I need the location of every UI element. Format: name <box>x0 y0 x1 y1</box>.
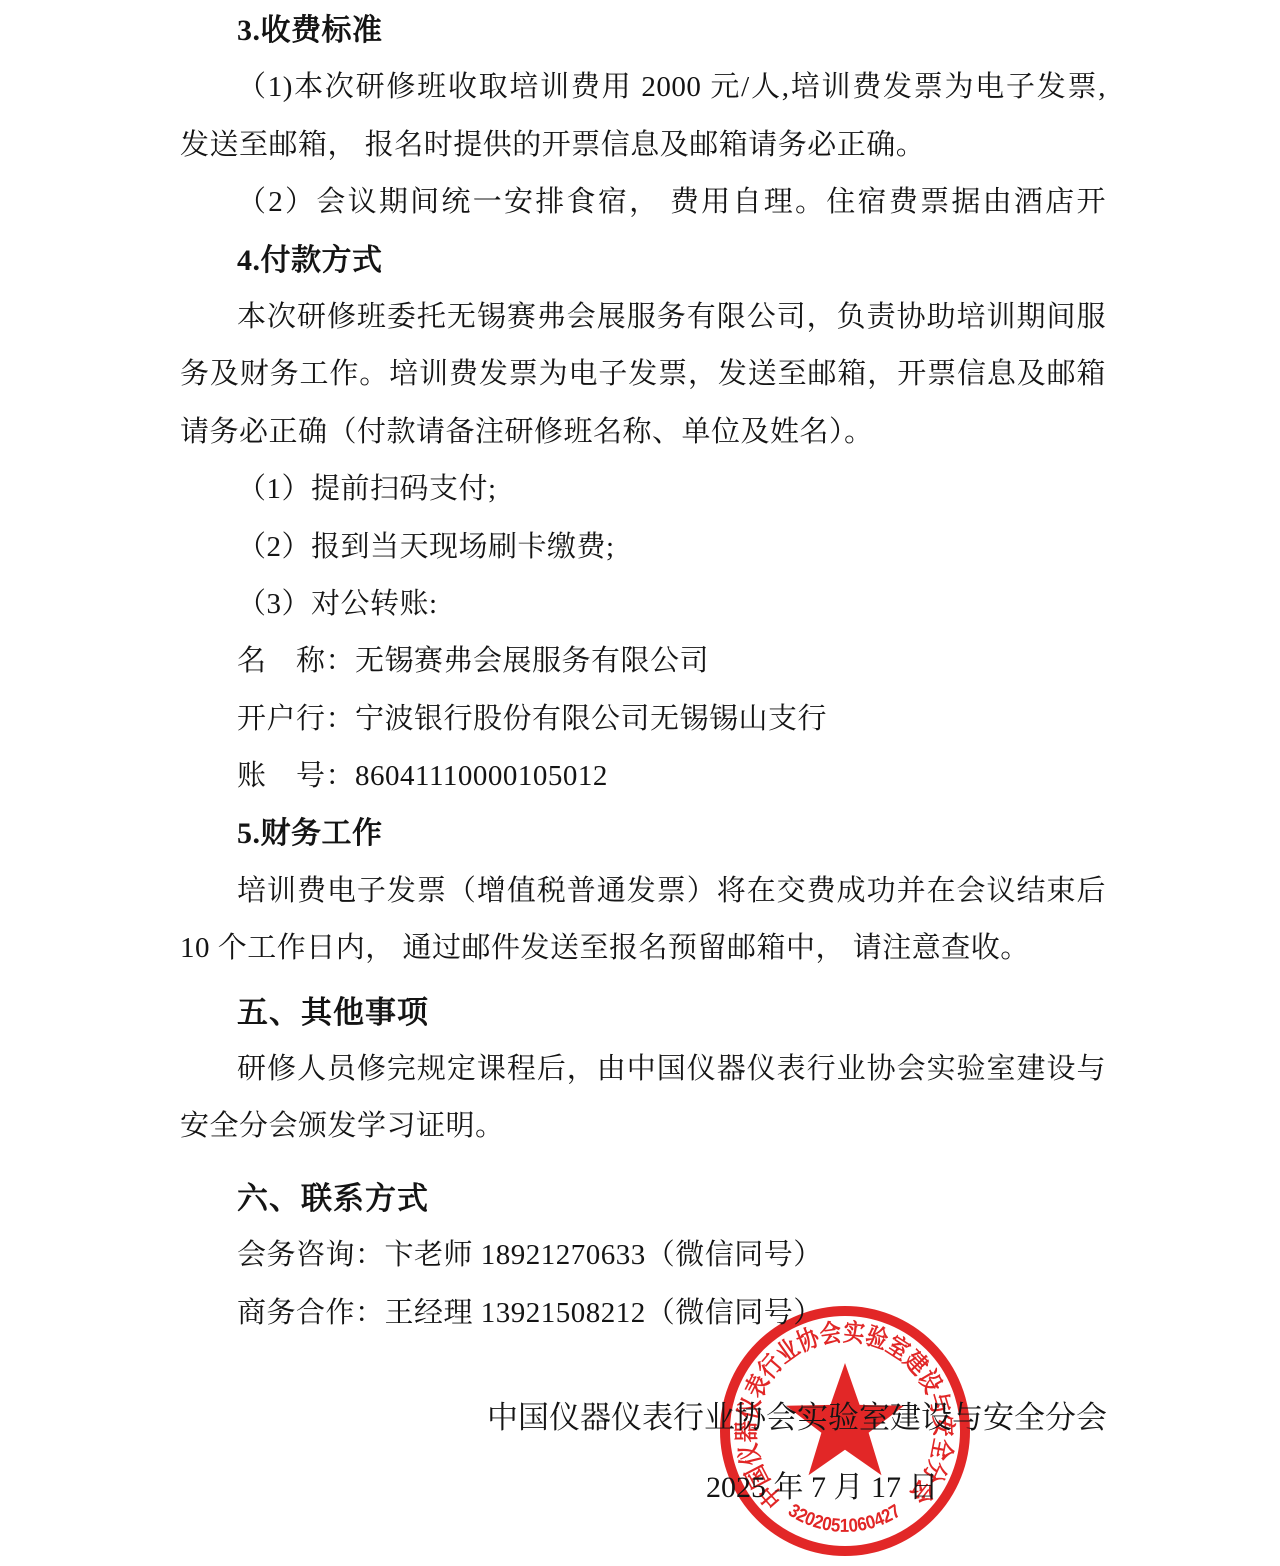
heading-contact: 六、联系方式 <box>180 1170 1106 1227</box>
bank-account-name-line: 名 称：无锡赛弗会展服务有限公司 <box>180 633 1106 690</box>
bank-account-name-value: 无锡赛弗会展服务有限公司 <box>355 645 709 677</box>
heading-finance-work: 5.财务工作 <box>180 805 1106 862</box>
heading-other-items: 五、其他事项 <box>180 984 1106 1041</box>
signature-organization: 中国仪器仪表行业协会实验室建设与安全分会 <box>487 1392 1167 1437</box>
document-body: 3.收费标准 （1)本次研修班收取培训费用 2000 元/人,培训费发票为电子发… <box>180 2 1106 1342</box>
payment-method-2: （2）报到当天现场刷卡缴费; <box>180 519 1106 576</box>
other-paragraph-line2: 安全分会颁发学习证明。 <box>180 1098 1106 1155</box>
fee-paragraph1-line2: 发送至邮箱， 报名时提供的开票信息及邮箱请务必正确。 <box>180 117 1106 174</box>
payment-method-1: （1）提前扫码支付; <box>180 461 1106 518</box>
payment-paragraph1-line1: 本次研修班委托无锡赛弗会展服务有限公司，负责协助培训期间服 <box>180 289 1106 346</box>
contact-business-line: 商务合作：王经理 13921508212（微信同号） <box>180 1285 1106 1342</box>
payment-method-3: （3）对公转账: <box>180 576 1106 633</box>
contact-conference-label: 会务咨询： <box>237 1239 385 1271</box>
payment-paragraph1-line2: 务及财务工作。培训费发票为电子发票，发送至邮箱，开票信息及邮箱 <box>180 346 1106 403</box>
heading-payment-method: 4.付款方式 <box>180 232 1106 289</box>
contact-business-value: 王经理 13921508212（微信同号） <box>385 1297 823 1329</box>
signature-date: 2025 年 7 月 17 日 <box>706 1462 939 1506</box>
bank-account-number-label: 账 号： <box>237 760 355 792</box>
finance-paragraph-line1: 培训费电子发票（增值税普通发票）将在交费成功并在会议结束后 <box>180 863 1106 920</box>
fee-paragraph2: （2）会议期间统一安排食宿， 费用自理。住宿费票据由酒店开具。 <box>180 174 1106 231</box>
fee-paragraph1-line1: （1)本次研修班收取培训费用 2000 元/人,培训费发票为电子发票, <box>180 59 1106 116</box>
bank-account-number-line: 账 号：86041110000105012 <box>180 748 1106 805</box>
other-paragraph-line1: 研修人员修完规定课程后，由中国仪器仪表行业协会实验室建设与 <box>180 1041 1106 1098</box>
document-page: 中国仪器仪表行业协会实验室建设与安全分会 3202051060427 3.收费标… <box>0 0 1280 1566</box>
bank-branch-line: 开户行：宁波银行股份有限公司无锡锡山支行 <box>180 691 1106 748</box>
payment-paragraph1-line3: 请务必正确（付款请备注研修班名称、单位及姓名）。 <box>180 404 1106 461</box>
bank-account-name-label: 名 称： <box>237 645 355 677</box>
bank-account-number-value: 86041110000105012 <box>355 760 608 792</box>
contact-business-label: 商务合作： <box>237 1297 385 1329</box>
bank-branch-label: 开户行： <box>237 703 355 735</box>
finance-paragraph-line2: 10 个工作日内， 通过邮件发送至报名预留邮箱中， 请注意查收。 <box>180 920 1106 977</box>
contact-conference-line: 会务咨询：卞老师 18921270633（微信同号） <box>180 1227 1106 1284</box>
contact-conference-value: 卞老师 18921270633（微信同号） <box>385 1239 823 1271</box>
heading-fee-standard: 3.收费标准 <box>180 2 1106 59</box>
bank-branch-value: 宁波银行股份有限公司无锡锡山支行 <box>355 703 827 735</box>
